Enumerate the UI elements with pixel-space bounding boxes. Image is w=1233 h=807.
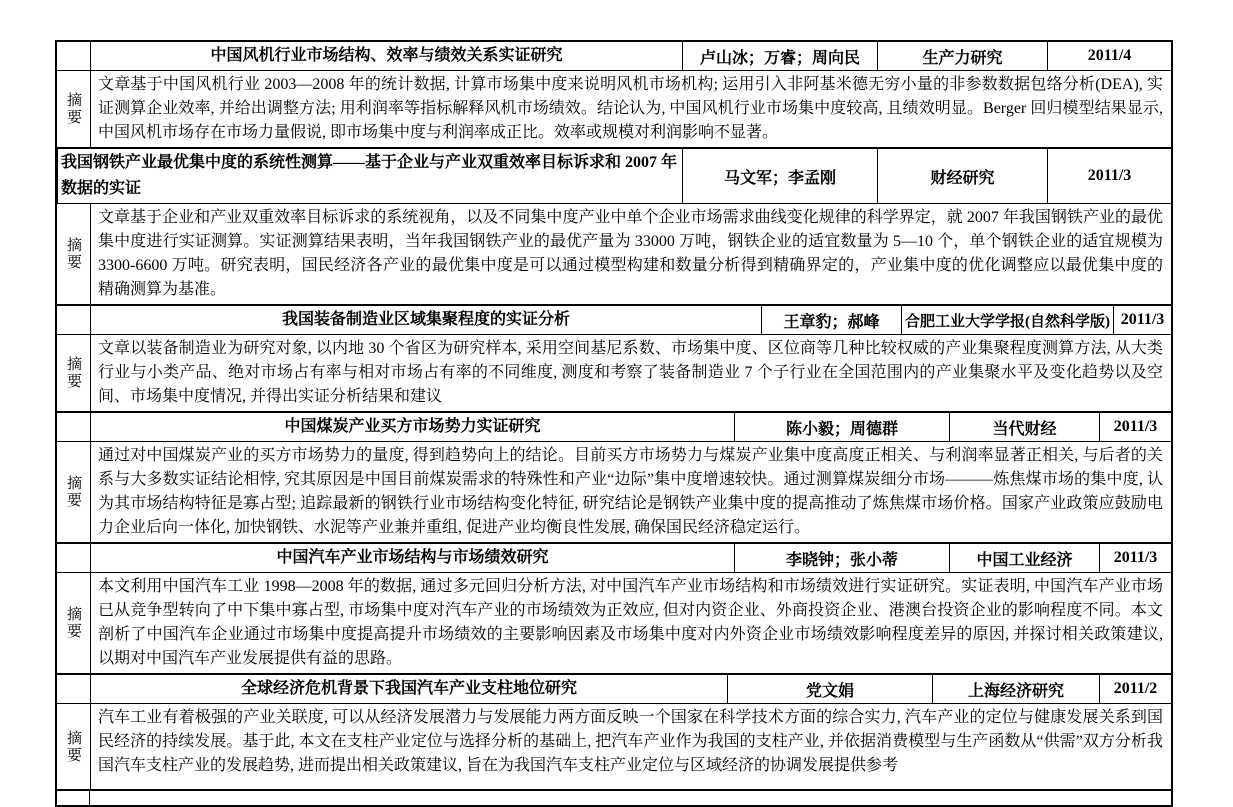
paper-title: 中国煤炭产业买方市场势力实证研究: [90, 413, 734, 441]
paper-title: 我国钢铁产业最优集中度的系统性测算——基于企业与产业双重效率目标诉求和 2007…: [57, 149, 682, 203]
entry-abstract-row: 摘要 汽车工业有着极强的产业关联度, 可以从经济发展潜力与发展能力两方面反映一个…: [57, 704, 1171, 745]
abstract-label: 摘要: [57, 204, 90, 304]
entry-abstract-row: 摘要 文章以装备制造业为研究对象, 以内地 30 个省区为研究样本, 采用空间基…: [57, 335, 1171, 411]
empty-stub-cell: [57, 42, 90, 70]
entry-title-row: 中国汽车产业市场结构与市场绩效研究 李晓钟；张小蒂 中国工业经济 2011/3: [57, 544, 1171, 573]
journal-name: 财经研究: [877, 149, 1047, 203]
entry-title-row: 中国风机行业市场结构、效率与绩效关系实证研究 卢山冰；万睿；周向民 生产力研究 …: [57, 42, 1171, 71]
publication-date: 2011/3: [1099, 413, 1171, 441]
paper-authors: 卢山冰；万睿；周向民: [682, 42, 877, 70]
literature-entry: 中国风机行业市场结构、效率与绩效关系实证研究 卢山冰；万睿；周向民 生产力研究 …: [57, 42, 1171, 147]
paper-title: 我国装备制造业区域集聚程度的实证分析: [90, 306, 761, 334]
literature-entry: 全球经济危机背景下我国汽车产业支柱地位研究 党文娟 上海经济研究 2011/2 …: [57, 673, 1171, 745]
journal-name: 生产力研究: [877, 42, 1047, 70]
abstract-text: 文章基于企业和产业双重效率目标诉求的系统视角，以及不同集中度产业中单个企业市场需…: [90, 204, 1171, 304]
abstract-text: 本文利用中国汽车工业 1998—2008 年的数据, 通过多元回归分析方法, 对…: [90, 573, 1171, 673]
entry-title-row: 我国装备制造业区域集聚程度的实证分析 王章豹；郝峰 合肥工业大学学报(自然科学版…: [57, 306, 1171, 335]
publication-date: 2011/3: [1113, 306, 1171, 334]
paper-title: 中国风机行业市场结构、效率与绩效关系实证研究: [90, 42, 682, 70]
empty-stub-cell: [57, 675, 90, 703]
abstract-text: 通过对中国煤炭产业的买方市场势力的量度, 得到趋势向上的结论。目前买方市场势力与…: [90, 442, 1171, 542]
abstract-label: 摘要: [57, 704, 90, 745]
literature-entry: 我国钢铁产业最优集中度的系统性测算——基于企业与产业双重效率目标诉求和 2007…: [57, 147, 1171, 304]
paper-title: 中国汽车产业市场结构与市场绩效研究: [90, 544, 734, 572]
paper-authors: 王章豹；郝峰: [761, 306, 901, 334]
paper-title: 全球经济危机背景下我国汽车产业支柱地位研究: [90, 675, 727, 703]
literature-entry: 我国装备制造业区域集聚程度的实证分析 王章豹；郝峰 合肥工业大学学报(自然科学版…: [57, 304, 1171, 411]
literature-entry: 中国汽车产业市场结构与市场绩效研究 李晓钟；张小蒂 中国工业经济 2011/3 …: [57, 542, 1171, 673]
entry-abstract-row: 摘要 本文利用中国汽车工业 1998—2008 年的数据, 通过多元回归分析方法…: [57, 573, 1171, 673]
publication-date: 2011/2: [1099, 675, 1171, 703]
entry-title-row: 中国煤炭产业买方市场势力实证研究 陈小毅；周德群 当代财经 2011/3: [57, 413, 1171, 442]
journal-name: 合肥工业大学学报(自然科学版): [901, 306, 1113, 334]
literature-entry: 中国煤炭产业买方市场势力实证研究 陈小毅；周德群 当代财经 2011/3 摘要 …: [57, 411, 1171, 542]
abstract-label: 摘要: [57, 442, 90, 542]
literature-review-table: 中国风机行业市场结构、效率与绩效关系实证研究 卢山冰；万睿；周向民 生产力研究 …: [55, 40, 1173, 745]
abstract-text: 文章基于中国风机行业 2003—2008 年的统计数据, 计算市场集中度来说明风…: [90, 71, 1171, 147]
publication-date: 2011/4: [1047, 42, 1171, 70]
abstract-text: 文章以装备制造业为研究对象, 以内地 30 个省区为研究样本, 采用空间基尼系数…: [90, 335, 1171, 411]
publication-date: 2011/3: [1099, 544, 1171, 572]
entry-title-row: 我国钢铁产业最优集中度的系统性测算——基于企业与产业双重效率目标诉求和 2007…: [57, 149, 1171, 204]
empty-stub-cell: [57, 544, 90, 572]
entry-abstract-row: 摘要 文章基于中国风机行业 2003—2008 年的统计数据, 计算市场集中度来…: [57, 71, 1171, 147]
journal-name: 当代财经: [949, 413, 1099, 441]
empty-stub-cell: [57, 413, 90, 441]
abstract-text: 汽车工业有着极强的产业关联度, 可以从经济发展潜力与发展能力两方面反映一个国家在…: [90, 704, 1171, 745]
paper-authors: 李晓钟；张小蒂: [734, 544, 949, 572]
paper-authors: 陈小毅；周德群: [734, 413, 949, 441]
abstract-label: 摘要: [57, 573, 90, 673]
entry-abstract-row: 摘要 文章基于企业和产业双重效率目标诉求的系统视角，以及不同集中度产业中单个企业…: [57, 204, 1171, 304]
empty-stub-cell: [57, 306, 90, 334]
abstract-label: 摘要: [57, 71, 90, 147]
journal-name: 中国工业经济: [949, 544, 1099, 572]
entry-abstract-row: 摘要 通过对中国煤炭产业的买方市场势力的量度, 得到趋势向上的结论。目前买方市场…: [57, 442, 1171, 542]
journal-name: 上海经济研究: [932, 675, 1099, 703]
abstract-label: 摘要: [57, 335, 90, 411]
entry-title-row: 全球经济危机背景下我国汽车产业支柱地位研究 党文娟 上海经济研究 2011/2: [57, 675, 1171, 704]
paper-authors: 党文娟: [727, 675, 932, 703]
paper-authors: 马文军；李孟刚: [682, 149, 877, 203]
publication-date: 2011/3: [1047, 149, 1171, 203]
